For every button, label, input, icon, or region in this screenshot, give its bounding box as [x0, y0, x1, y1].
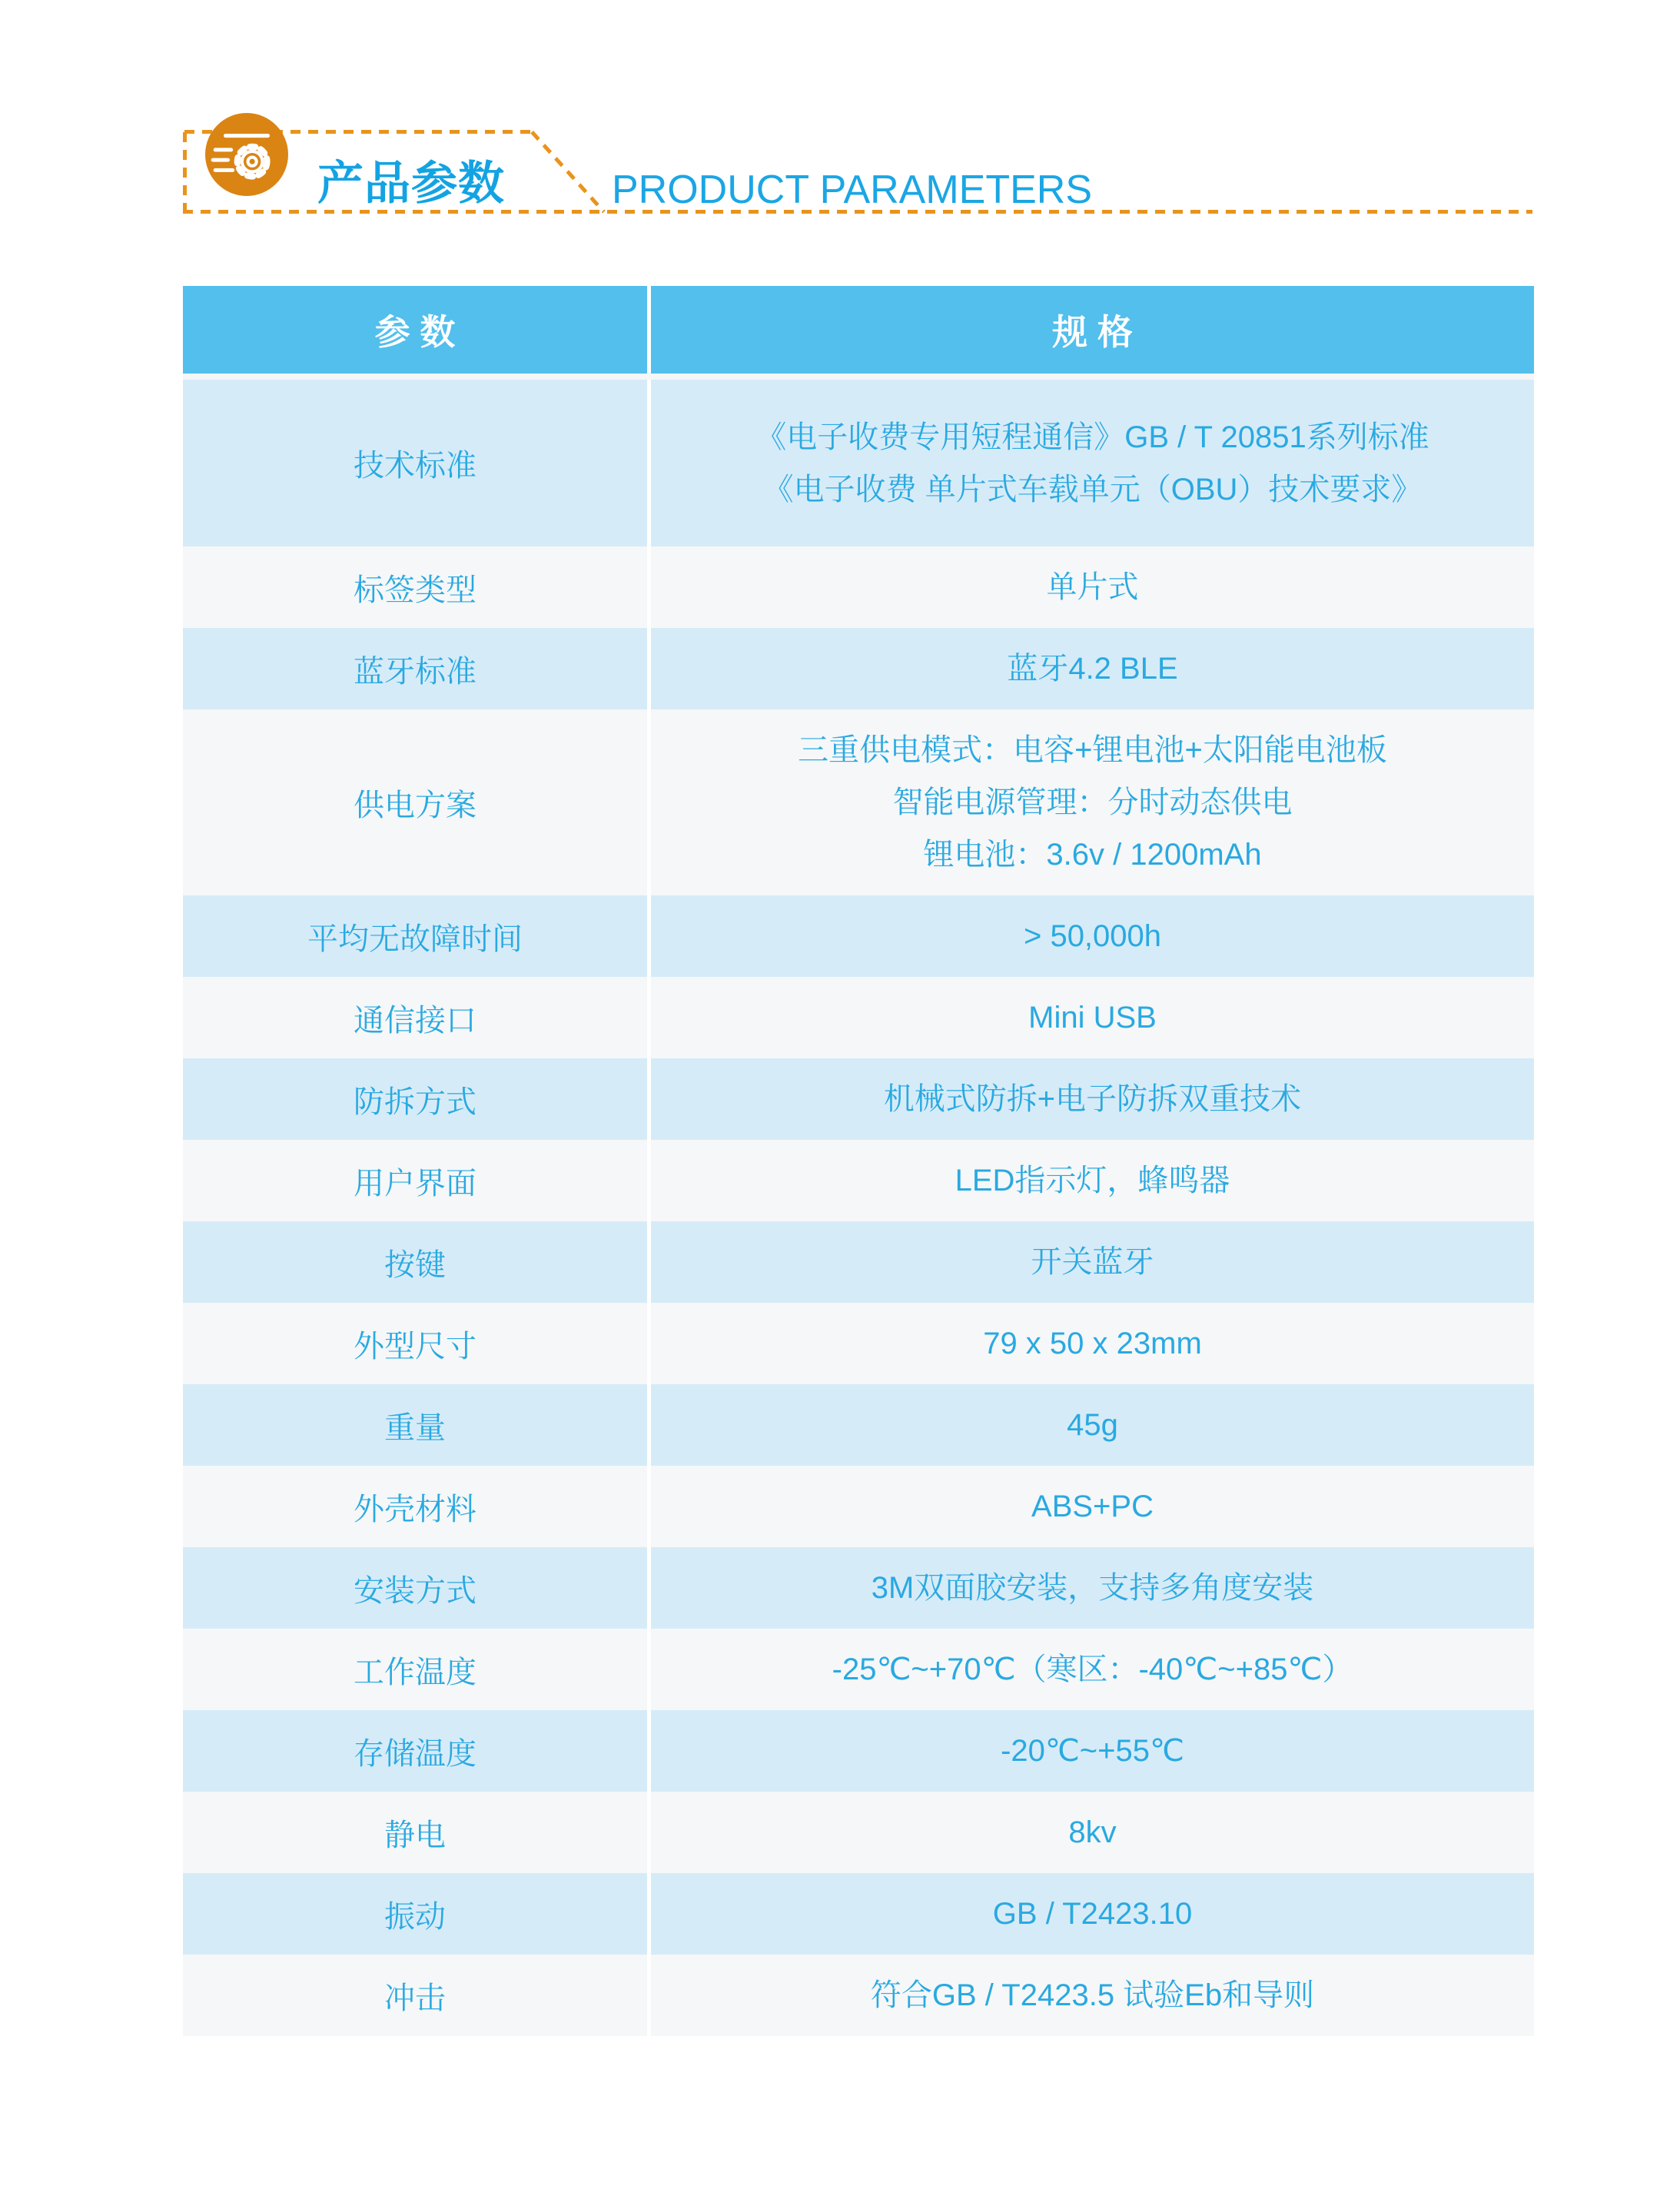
param-cell: 按键 [183, 1221, 651, 1303]
table-row: 防拆方式机械式防拆+电子防拆双重技术 [183, 1058, 1534, 1140]
table-header-row: 参 数 规 格 [183, 286, 1534, 380]
table-row: 标签类型单片式 [183, 546, 1534, 628]
spec-line: 三重供电模式：电容+锂电池+太阳能电池板 [798, 724, 1387, 776]
param-cell: 平均无故障时间 [183, 895, 651, 977]
section-banner: 产品参数 PRODUCT PARAMETERS [0, 0, 1680, 254]
spec-cell: > 50,000h [651, 895, 1534, 977]
param-cell: 工作温度 [183, 1629, 651, 1710]
spec-line: 79 x 50 x 23mm [983, 1317, 1202, 1370]
table-row: 按键开关蓝牙 [183, 1221, 1534, 1303]
param-cell: 外壳材料 [183, 1466, 651, 1547]
table-row: 工作温度-25℃~+70℃（寒区：-40℃~+85℃） [183, 1629, 1534, 1710]
table-row: 蓝牙标准蓝牙4.2 BLE [183, 628, 1534, 709]
param-cell: 重量 [183, 1384, 651, 1466]
spec-line: 开关蓝牙 [1031, 1236, 1154, 1288]
spec-line: GB / T2423.10 [993, 1888, 1192, 1940]
table-row: 外壳材料ABS+PC [183, 1466, 1534, 1547]
param-cell: 蓝牙标准 [183, 628, 651, 709]
spec-cell: Mini USB [651, 977, 1534, 1058]
param-cell: 标签类型 [183, 546, 651, 628]
gear-icon [205, 113, 288, 196]
param-cell: 通信接口 [183, 977, 651, 1058]
spec-cell: 机械式防拆+电子防拆双重技术 [651, 1058, 1534, 1140]
spec-cell: -25℃~+70℃（寒区：-40℃~+85℃） [651, 1629, 1534, 1710]
param-cell: 冲击 [183, 1955, 651, 2036]
spec-cell: 符合GB / T2423.5 试验Eb和导则 [651, 1955, 1534, 2036]
spec-line: LED指示灯，蜂鸣器 [955, 1154, 1230, 1207]
spec-line: -20℃~+55℃ [1001, 1725, 1184, 1777]
param-cell: 安装方式 [183, 1547, 651, 1629]
table-row: 平均无故障时间> 50,000h [183, 895, 1534, 977]
section-title-en: PRODUCT PARAMETERS [612, 167, 1092, 213]
param-cell: 用户界面 [183, 1140, 651, 1221]
column-header-param: 参 数 [183, 286, 651, 374]
column-header-spec: 规 格 [651, 286, 1534, 374]
section-title-cn: 产品参数 [317, 147, 505, 213]
spec-cell: 45g [651, 1384, 1534, 1466]
spec-line: 锂电池：3.6v / 1200mAh [923, 829, 1261, 881]
table-row: 供电方案三重供电模式：电容+锂电池+太阳能电池板智能电源管理：分时动态供电锂电池… [183, 709, 1534, 895]
param-cell: 供电方案 [183, 709, 651, 895]
table-row: 通信接口Mini USB [183, 977, 1534, 1058]
spec-line: 蓝牙4.2 BLE [1007, 643, 1177, 695]
spec-line: 《电子收费专用短程通信》GB / T 20851系列标准 [755, 411, 1429, 463]
spec-cell: 8kv [651, 1792, 1534, 1873]
spec-cell: 单片式 [651, 546, 1534, 628]
spec-line: 单片式 [1047, 561, 1139, 613]
spec-cell: 79 x 50 x 23mm [651, 1303, 1534, 1384]
spec-line: Mini USB [1028, 992, 1157, 1044]
param-cell: 静电 [183, 1792, 651, 1873]
table-row: 技术标准《电子收费专用短程通信》GB / T 20851系列标准《电子收费 单片… [183, 380, 1534, 546]
table-body: 技术标准《电子收费专用短程通信》GB / T 20851系列标准《电子收费 单片… [183, 380, 1534, 2036]
spec-cell: 开关蓝牙 [651, 1221, 1534, 1303]
banner-dash-left [183, 132, 187, 211]
banner-dash-slant [530, 131, 605, 213]
param-cell: 存储温度 [183, 1710, 651, 1792]
spec-cell: 蓝牙4.2 BLE [651, 628, 1534, 709]
spec-line: -25℃~+70℃（寒区：-40℃~+85℃） [832, 1643, 1353, 1696]
table-row: 外型尺寸79 x 50 x 23mm [183, 1303, 1534, 1384]
spec-cell: 3M双面胶安装，支持多角度安装 [651, 1547, 1534, 1629]
spec-cell: -20℃~+55℃ [651, 1710, 1534, 1792]
spec-line: ABS+PC [1031, 1480, 1154, 1533]
spec-line: 3M双面胶安装，支持多角度安装 [872, 1562, 1314, 1614]
spec-cell: 三重供电模式：电容+锂电池+太阳能电池板智能电源管理：分时动态供电锂电池：3.6… [651, 709, 1534, 895]
table-row: 冲击符合GB / T2423.5 试验Eb和导则 [183, 1955, 1534, 2036]
spec-line: 45g [1067, 1399, 1118, 1451]
param-cell: 外型尺寸 [183, 1303, 651, 1384]
param-cell: 振动 [183, 1873, 651, 1955]
table-row: 振动GB / T2423.10 [183, 1873, 1534, 1955]
spec-cell: 《电子收费专用短程通信》GB / T 20851系列标准《电子收费 单片式车载单… [651, 380, 1534, 546]
spec-cell: LED指示灯，蜂鸣器 [651, 1140, 1534, 1221]
spec-line: > 50,000h [1024, 910, 1161, 962]
table-row: 用户界面LED指示灯，蜂鸣器 [183, 1140, 1534, 1221]
spec-line: 8kv [1068, 1806, 1116, 1858]
spec-cell: ABS+PC [651, 1466, 1534, 1547]
table-row: 重量45g [183, 1384, 1534, 1466]
spec-line: 符合GB / T2423.5 试验Eb和导则 [871, 1969, 1314, 2021]
spec-line: 智能电源管理：分时动态供电 [893, 776, 1293, 829]
table-row: 安装方式3M双面胶安装，支持多角度安装 [183, 1547, 1534, 1629]
param-cell: 技术标准 [183, 380, 651, 546]
table-row: 静电8kv [183, 1792, 1534, 1873]
spec-line: 机械式防拆+电子防拆双重技术 [884, 1073, 1301, 1125]
param-cell: 防拆方式 [183, 1058, 651, 1140]
table-row: 存储温度-20℃~+55℃ [183, 1710, 1534, 1792]
spec-cell: GB / T2423.10 [651, 1873, 1534, 1955]
product-parameters-table: 参 数 规 格 技术标准《电子收费专用短程通信》GB / T 20851系列标准… [183, 286, 1534, 2036]
spec-line: 《电子收费 单片式车载单元（OBU）技术要求》 [763, 463, 1423, 516]
